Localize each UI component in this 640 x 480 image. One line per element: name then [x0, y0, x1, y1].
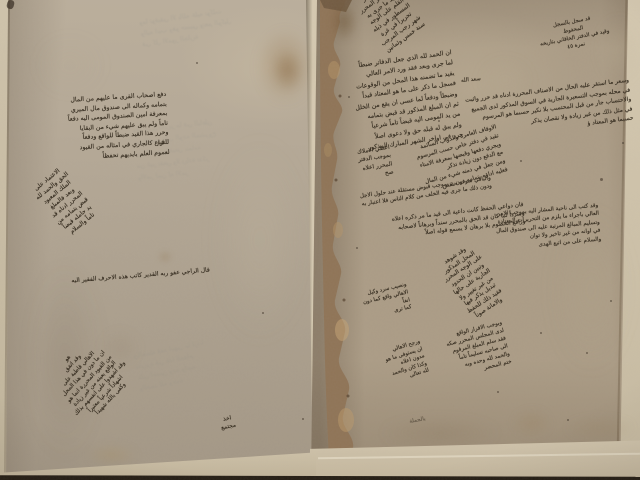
torn-edge-highlight [338, 408, 354, 432]
ink-speck [302, 418, 304, 420]
script-line: بموجب الدفتر [333, 152, 392, 169]
script-line: بمعرفة امين الصندوق المومى اليه دفعاً [63, 109, 167, 125]
ink-speck [196, 62, 198, 64]
left-side-word: قيد [157, 139, 166, 148]
script-line: قيد [157, 139, 166, 148]
script-line: مدون اعلاه [370, 353, 426, 377]
script-line: من يد المومى اليه قبضاً تاماً شرعياً [341, 110, 461, 137]
script-line: بتمامه وكماله الى صندوق مال الميري [63, 99, 167, 115]
ink-speck [497, 391, 499, 393]
script-line: وحرر هذا القيد ضبطاً للواقع ودفعاً [64, 128, 168, 144]
ink-speck [567, 419, 569, 421]
torn-edge-highlight [324, 143, 332, 157]
manuscript-photo: وما توفيقي الا بالله عليه توكلتواليه اني… [0, 0, 640, 480]
torn-edge-highlight [333, 222, 343, 238]
script-line: الى صاحبه تسليماً تاماً [429, 342, 509, 369]
script-line: ثم ان المبلغ المذكور قد قبض بتمامه [339, 100, 459, 127]
script-line: فسجل ما ذكر على ما هو المعتاد قيداً [336, 79, 456, 106]
ink-speck [610, 300, 612, 302]
script-line: فقد سلم المبلغ المرقوم [427, 335, 507, 362]
ink-speck [600, 178, 603, 181]
script-line: المحرر اعلاه [334, 160, 393, 177]
torn-edge-highlight [335, 319, 349, 341]
script-line: والاحتساب جار من قبل المحتسب بلا نكير حس… [460, 96, 632, 126]
script-line: ويجري دفعها وقبضها بمعرفة الامناء [392, 140, 502, 177]
ink-speck [586, 352, 588, 354]
ink-speck [622, 142, 624, 144]
ink-speck [262, 312, 264, 314]
ink-speck [520, 160, 522, 162]
script-line: لما جرى وبعد فقد ورد الامر العالي [334, 58, 454, 85]
script-line: بقيد ما تضمنه هذا المحل من الوقوعات [335, 69, 455, 96]
script-line: وضبطاً ودفعاً لما عسى ان يقع من الخلل [338, 89, 458, 116]
ink-speck [356, 247, 358, 249]
torn-edge-speck [343, 299, 346, 302]
torn-edge-speck [347, 395, 350, 398]
script-line: الاهالي واقع كما دون [349, 289, 409, 310]
script-line: تاماً ولم يبق عليهم شيء من البقايا [64, 119, 168, 135]
ink-speck [540, 332, 542, 334]
